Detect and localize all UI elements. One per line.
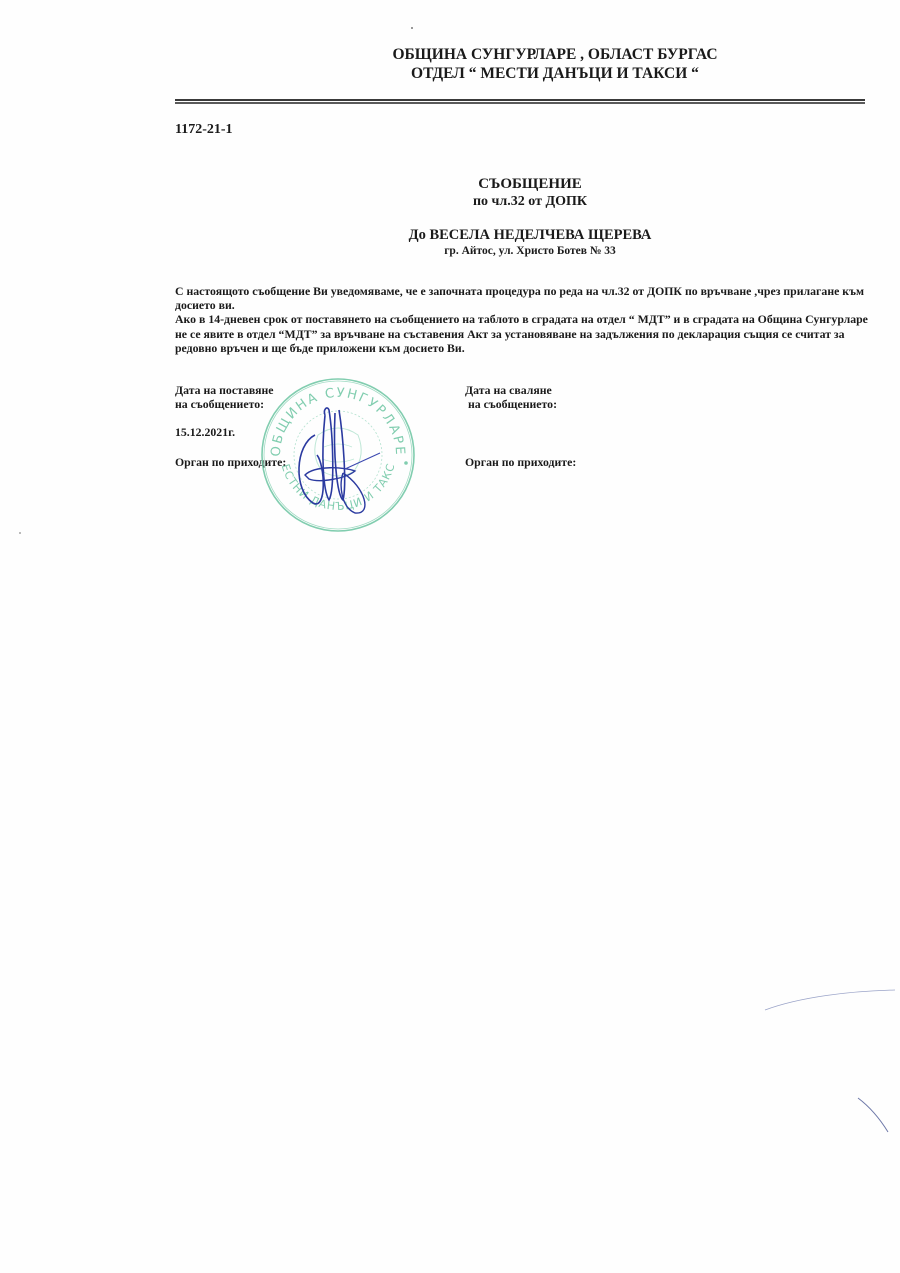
- body-paragraph-2: Ако в 14-дневен срок от поставянето на с…: [175, 312, 875, 355]
- scan-speck: [411, 27, 413, 29]
- document-page: ОБЩИНА СУНГУРЛАРЕ , ОБЛАСТ БУРГАС ОТДЕЛ …: [0, 0, 900, 1273]
- notice-title: СЪОБЩЕНИЕ: [380, 175, 680, 193]
- scan-mark-icon: [855, 1095, 895, 1135]
- removal-revenue-officer-label: Орган по приходите:: [465, 455, 576, 469]
- posting-date-label-1: Дата на поставяне: [175, 383, 286, 397]
- body-paragraph-1: С настоящото съобщение Ви уведомяваме, ч…: [175, 284, 875, 312]
- posting-date-value: 15.12.2021г.: [175, 425, 286, 439]
- removal-signature-block: Дата на сваляне на съобщението: Орган по…: [465, 383, 576, 469]
- scan-mark-icon: [760, 985, 900, 1015]
- signature-icon: [285, 395, 395, 515]
- document-header: ОБЩИНА СУНГУРЛАРЕ , ОБЛАСТ БУРГАС ОТДЕЛ …: [175, 45, 865, 83]
- posting-signature-block: Дата на поставяне на съобщението: 15.12.…: [175, 383, 286, 469]
- notice-title-block: СЪОБЩЕНИЕ по чл.32 от ДОПК: [380, 175, 680, 211]
- document-number: 1172-21-1: [175, 122, 233, 138]
- notice-body: С настоящото съобщение Ви уведомяваме, ч…: [175, 284, 875, 355]
- recipient-block: До ВЕСЕЛА НЕДЕЛЧЕВА ЩЕРЕВА гр. Айтос, ул…: [380, 227, 680, 259]
- header-divider: [175, 99, 865, 104]
- posting-revenue-officer-label: Орган по приходите:: [175, 455, 286, 469]
- removal-date-label-2: на съобщението:: [465, 397, 576, 411]
- removal-date-label-1: Дата на сваляне: [465, 383, 576, 397]
- notice-subtitle: по чл.32 от ДОПК: [380, 193, 680, 211]
- recipient-name: До ВЕСЕЛА НЕДЕЛЧЕВА ЩЕРЕВА: [380, 227, 680, 244]
- municipality-name: ОБЩИНА СУНГУРЛАРЕ , ОБЛАСТ БУРГАС: [245, 45, 865, 64]
- recipient-address: гр. Айтос, ул. Христо Ботев № 33: [380, 244, 680, 259]
- svg-text:ОБЩИНА СУНГУРЛАРЕ: ОБЩИНА СУНГУРЛАРЕ: [269, 386, 407, 457]
- posting-date-label-2: на съобщението:: [175, 397, 286, 411]
- department-name: ОТДЕЛ “ МЕСТИ ДАНЪЦИ И ТАКСИ “: [245, 64, 865, 83]
- scan-speck: [19, 532, 21, 534]
